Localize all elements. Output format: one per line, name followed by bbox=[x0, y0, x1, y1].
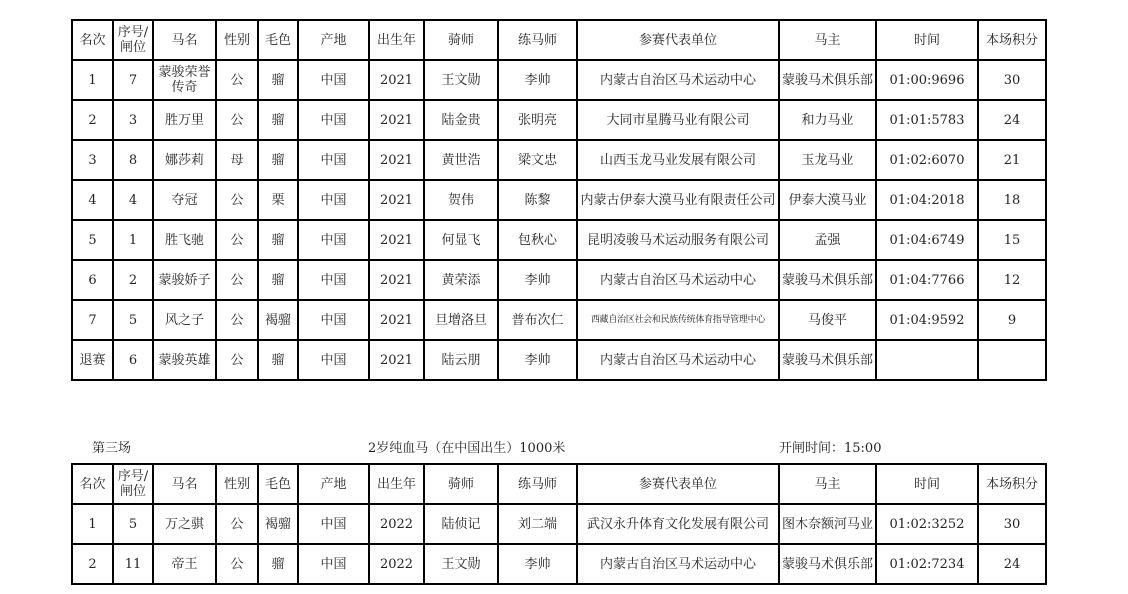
cell-gate: 5 bbox=[113, 504, 153, 544]
table-row: 62蒙骏娇子公骝中国2021黄荣添李帅内蒙古自治区马术运动中心蒙骏马术俱乐部01… bbox=[72, 260, 1046, 300]
cell-unit: 山西玉龙马业发展有限公司 bbox=[577, 140, 779, 180]
cell-owner: 图木奈额河马业 bbox=[779, 504, 876, 544]
cell-owner: 蒙骏马术俱乐部 bbox=[779, 340, 876, 380]
cell-owner: 马俊平 bbox=[779, 300, 876, 340]
cell-points: 12 bbox=[978, 260, 1046, 300]
race-label: 第三场 bbox=[92, 437, 131, 456]
col-header-owner: 马主 bbox=[779, 464, 876, 504]
cell-trainer: 普布次仁 bbox=[498, 300, 577, 340]
col-header-color: 毛色 bbox=[258, 464, 298, 504]
col-header-horse: 马名 bbox=[153, 464, 216, 504]
cell-unit: 内蒙古伊泰大漠马业有限责任公司 bbox=[577, 180, 779, 220]
cell-jockey: 何显飞 bbox=[424, 220, 498, 260]
cell-time: 01:00:9696 bbox=[876, 60, 978, 100]
cell-time: 01:04:6749 bbox=[876, 220, 978, 260]
cell-points: 30 bbox=[978, 60, 1046, 100]
col-header-trainer: 练马师 bbox=[498, 20, 577, 60]
cell-gate: 5 bbox=[113, 300, 153, 340]
cell-points: 21 bbox=[978, 140, 1046, 180]
cell-time: 01:04:9592 bbox=[876, 300, 978, 340]
cell-sex: 公 bbox=[216, 100, 258, 140]
cell-origin: 中国 bbox=[298, 140, 369, 180]
table-row: 211帝王公骝中国2022王文勋李帅内蒙古自治区马术运动中心蒙骏马术俱乐部01:… bbox=[72, 544, 1046, 584]
cell-year: 2021 bbox=[369, 60, 424, 100]
cell-horse: 蒙骏娇子 bbox=[153, 260, 216, 300]
cell-unit: 内蒙古自治区马术运动中心 bbox=[577, 60, 779, 100]
table-row: 退赛6蒙骏英雄公骝中国2021陆云朋李帅内蒙古自治区马术运动中心蒙骏马术俱乐部 bbox=[72, 340, 1046, 380]
cell-color: 骝 bbox=[258, 220, 298, 260]
cell-horse: 蒙骏荣誉传奇 bbox=[153, 60, 216, 100]
cell-owner: 伊泰大漠马业 bbox=[779, 180, 876, 220]
col-header-jockey: 骑师 bbox=[424, 20, 498, 60]
cell-color: 骝 bbox=[258, 140, 298, 180]
cell-gate: 8 bbox=[113, 140, 153, 180]
cell-rank: 1 bbox=[72, 504, 113, 544]
col-header-unit: 参赛代表单位 bbox=[577, 20, 779, 60]
race-title: 2岁纯血马（在中国出生）1000米 bbox=[368, 437, 565, 456]
cell-horse: 娜莎莉 bbox=[153, 140, 216, 180]
header-row: 名次 序号/闸位 马名 性别 毛色 产地 出生年 骑师 练马师 参赛代表单位 马… bbox=[72, 464, 1046, 504]
cell-origin: 中国 bbox=[298, 260, 369, 300]
cell-unit: 西藏自治区社会和民族传统体育指导管理中心 bbox=[577, 300, 779, 340]
col-header-origin: 产地 bbox=[298, 464, 369, 504]
cell-origin: 中国 bbox=[298, 504, 369, 544]
col-header-year: 出生年 bbox=[369, 20, 424, 60]
cell-color: 骝 bbox=[258, 260, 298, 300]
cell-rank: 退赛 bbox=[72, 340, 113, 380]
cell-jockey: 陆金贵 bbox=[424, 100, 498, 140]
cell-jockey: 王文勋 bbox=[424, 544, 498, 584]
cell-year: 2022 bbox=[369, 544, 424, 584]
col-header-time: 时间 bbox=[876, 464, 978, 504]
cell-rank: 1 bbox=[72, 60, 113, 100]
cell-trainer: 包秋心 bbox=[498, 220, 577, 260]
table-row: 44夺冠公栗中国2021贺伟陈黎内蒙古伊泰大漠马业有限责任公司伊泰大漠马业01:… bbox=[72, 180, 1046, 220]
cell-unit: 内蒙古自治区马术运动中心 bbox=[577, 260, 779, 300]
cell-unit: 内蒙古自治区马术运动中心 bbox=[577, 544, 779, 584]
col-header-unit: 参赛代表单位 bbox=[577, 464, 779, 504]
cell-horse: 帝王 bbox=[153, 544, 216, 584]
cell-trainer: 刘二端 bbox=[498, 504, 577, 544]
cell-unit: 昆明凌骏马术运动服务有限公司 bbox=[577, 220, 779, 260]
cell-sex: 公 bbox=[216, 544, 258, 584]
cell-year: 2021 bbox=[369, 100, 424, 140]
col-header-horse: 马名 bbox=[153, 20, 216, 60]
col-header-origin: 产地 bbox=[298, 20, 369, 60]
cell-horse: 风之子 bbox=[153, 300, 216, 340]
cell-sex: 公 bbox=[216, 300, 258, 340]
cell-year: 2021 bbox=[369, 140, 424, 180]
col-header-color: 毛色 bbox=[258, 20, 298, 60]
cell-year: 2021 bbox=[369, 340, 424, 380]
cell-jockey: 黄荣添 bbox=[424, 260, 498, 300]
cell-year: 2021 bbox=[369, 220, 424, 260]
cell-time: 01:02:7234 bbox=[876, 544, 978, 584]
cell-jockey: 旦增洛旦 bbox=[424, 300, 498, 340]
cell-year: 2021 bbox=[369, 300, 424, 340]
cell-time: 01:01:5783 bbox=[876, 100, 978, 140]
cell-trainer: 梁文忠 bbox=[498, 140, 577, 180]
header-row: 名次 序号/闸位 马名 性别 毛色 产地 出生年 骑师 练马师 参赛代表单位 马… bbox=[72, 20, 1046, 60]
cell-owner: 孟强 bbox=[779, 220, 876, 260]
cell-trainer: 张明亮 bbox=[498, 100, 577, 140]
col-header-sex: 性别 bbox=[216, 464, 258, 504]
race-results-table-1: 名次 序号/闸位 马名 性别 毛色 产地 出生年 骑师 练马师 参赛代表单位 马… bbox=[71, 19, 1047, 381]
col-header-gate: 序号/闸位 bbox=[113, 20, 153, 60]
cell-time: 01:02:3252 bbox=[876, 504, 978, 544]
col-header-owner: 马主 bbox=[779, 20, 876, 60]
table-row: 17蒙骏荣誉传奇公骝中国2021王文勋李帅内蒙古自治区马术运动中心蒙骏马术俱乐部… bbox=[72, 60, 1046, 100]
cell-color: 栗 bbox=[258, 180, 298, 220]
cell-gate: 2 bbox=[113, 260, 153, 300]
cell-jockey: 陆侦记 bbox=[424, 504, 498, 544]
cell-unit: 武汉永升体育文化发展有限公司 bbox=[577, 504, 779, 544]
cell-color: 骝 bbox=[258, 544, 298, 584]
cell-horse: 夺冠 bbox=[153, 180, 216, 220]
cell-time: 01:04:2018 bbox=[876, 180, 978, 220]
cell-year: 2022 bbox=[369, 504, 424, 544]
table-row: 15万之骐公褐骝中国2022陆侦记刘二端武汉永升体育文化发展有限公司图木奈额河马… bbox=[72, 504, 1046, 544]
cell-rank: 3 bbox=[72, 140, 113, 180]
cell-horse: 蒙骏英雄 bbox=[153, 340, 216, 380]
cell-sex: 公 bbox=[216, 504, 258, 544]
cell-year: 2021 bbox=[369, 260, 424, 300]
col-header-points: 本场积分 bbox=[978, 20, 1046, 60]
cell-color: 骝 bbox=[258, 60, 298, 100]
table-row: 38娜莎莉母骝中国2021黄世浩梁文忠山西玉龙马业发展有限公司玉龙马业01:02… bbox=[72, 140, 1046, 180]
col-header-time: 时间 bbox=[876, 20, 978, 60]
cell-unit: 大同市星腾马业有限公司 bbox=[577, 100, 779, 140]
cell-sex: 公 bbox=[216, 220, 258, 260]
cell-unit: 内蒙古自治区马术运动中心 bbox=[577, 340, 779, 380]
cell-color: 骝 bbox=[258, 340, 298, 380]
cell-rank: 2 bbox=[72, 100, 113, 140]
col-header-points: 本场积分 bbox=[978, 464, 1046, 504]
cell-trainer: 李帅 bbox=[498, 60, 577, 100]
cell-points: 30 bbox=[978, 504, 1046, 544]
cell-jockey: 黄世浩 bbox=[424, 140, 498, 180]
race-start-time: 开闸时间：15:00 bbox=[779, 437, 881, 456]
cell-origin: 中国 bbox=[298, 544, 369, 584]
cell-jockey: 陆云朋 bbox=[424, 340, 498, 380]
col-header-rank: 名次 bbox=[72, 464, 113, 504]
table-row: 75风之子公褐骝中国2021旦增洛旦普布次仁西藏自治区社会和民族传统体育指导管理… bbox=[72, 300, 1046, 340]
col-header-jockey: 骑师 bbox=[424, 464, 498, 504]
cell-sex: 公 bbox=[216, 260, 258, 300]
cell-jockey: 王文勋 bbox=[424, 60, 498, 100]
col-header-trainer: 练马师 bbox=[498, 464, 577, 504]
cell-horse: 胜飞驰 bbox=[153, 220, 216, 260]
cell-owner: 玉龙马业 bbox=[779, 140, 876, 180]
cell-trainer: 李帅 bbox=[498, 544, 577, 584]
cell-points: 24 bbox=[978, 544, 1046, 584]
cell-color: 骝 bbox=[258, 100, 298, 140]
cell-points: 18 bbox=[978, 180, 1046, 220]
cell-horse: 胜万里 bbox=[153, 100, 216, 140]
col-header-sex: 性别 bbox=[216, 20, 258, 60]
cell-origin: 中国 bbox=[298, 60, 369, 100]
cell-rank: 2 bbox=[72, 544, 113, 584]
col-header-gate: 序号/闸位 bbox=[113, 464, 153, 504]
cell-time: 01:04:7766 bbox=[876, 260, 978, 300]
cell-gate: 7 bbox=[113, 60, 153, 100]
cell-points: 24 bbox=[978, 100, 1046, 140]
cell-origin: 中国 bbox=[298, 220, 369, 260]
cell-color: 褐骝 bbox=[258, 504, 298, 544]
cell-sex: 公 bbox=[216, 340, 258, 380]
cell-jockey: 贺伟 bbox=[424, 180, 498, 220]
cell-points: 9 bbox=[978, 300, 1046, 340]
cell-rank: 7 bbox=[72, 300, 113, 340]
table-row: 51胜飞驰公骝中国2021何显飞包秋心昆明凌骏马术运动服务有限公司孟强01:04… bbox=[72, 220, 1046, 260]
col-header-rank: 名次 bbox=[72, 20, 113, 60]
cell-points: 15 bbox=[978, 220, 1046, 260]
cell-rank: 6 bbox=[72, 260, 113, 300]
cell-origin: 中国 bbox=[298, 180, 369, 220]
cell-sex: 母 bbox=[216, 140, 258, 180]
cell-gate: 6 bbox=[113, 340, 153, 380]
table-row: 23胜万里公骝中国2021陆金贵张明亮大同市星腾马业有限公司和力马业01:01:… bbox=[72, 100, 1046, 140]
cell-trainer: 李帅 bbox=[498, 260, 577, 300]
cell-sex: 公 bbox=[216, 180, 258, 220]
cell-owner: 蒙骏马术俱乐部 bbox=[779, 260, 876, 300]
race-results-table-2: 名次 序号/闸位 马名 性别 毛色 产地 出生年 骑师 练马师 参赛代表单位 马… bbox=[71, 463, 1047, 585]
cell-time: 01:02:6070 bbox=[876, 140, 978, 180]
cell-trainer: 李帅 bbox=[498, 340, 577, 380]
cell-rank: 5 bbox=[72, 220, 113, 260]
cell-gate: 1 bbox=[113, 220, 153, 260]
cell-gate: 3 bbox=[113, 100, 153, 140]
col-header-year: 出生年 bbox=[369, 464, 424, 504]
cell-color: 褐骝 bbox=[258, 300, 298, 340]
cell-time bbox=[876, 340, 978, 380]
cell-rank: 4 bbox=[72, 180, 113, 220]
cell-points bbox=[978, 340, 1046, 380]
cell-owner: 蒙骏马术俱乐部 bbox=[779, 60, 876, 100]
cell-sex: 公 bbox=[216, 60, 258, 100]
cell-trainer: 陈黎 bbox=[498, 180, 577, 220]
cell-origin: 中国 bbox=[298, 300, 369, 340]
cell-origin: 中国 bbox=[298, 100, 369, 140]
cell-origin: 中国 bbox=[298, 340, 369, 380]
cell-gate: 11 bbox=[113, 544, 153, 584]
cell-year: 2021 bbox=[369, 180, 424, 220]
cell-owner: 和力马业 bbox=[779, 100, 876, 140]
cell-horse: 万之骐 bbox=[153, 504, 216, 544]
cell-owner: 蒙骏马术俱乐部 bbox=[779, 544, 876, 584]
cell-gate: 4 bbox=[113, 180, 153, 220]
